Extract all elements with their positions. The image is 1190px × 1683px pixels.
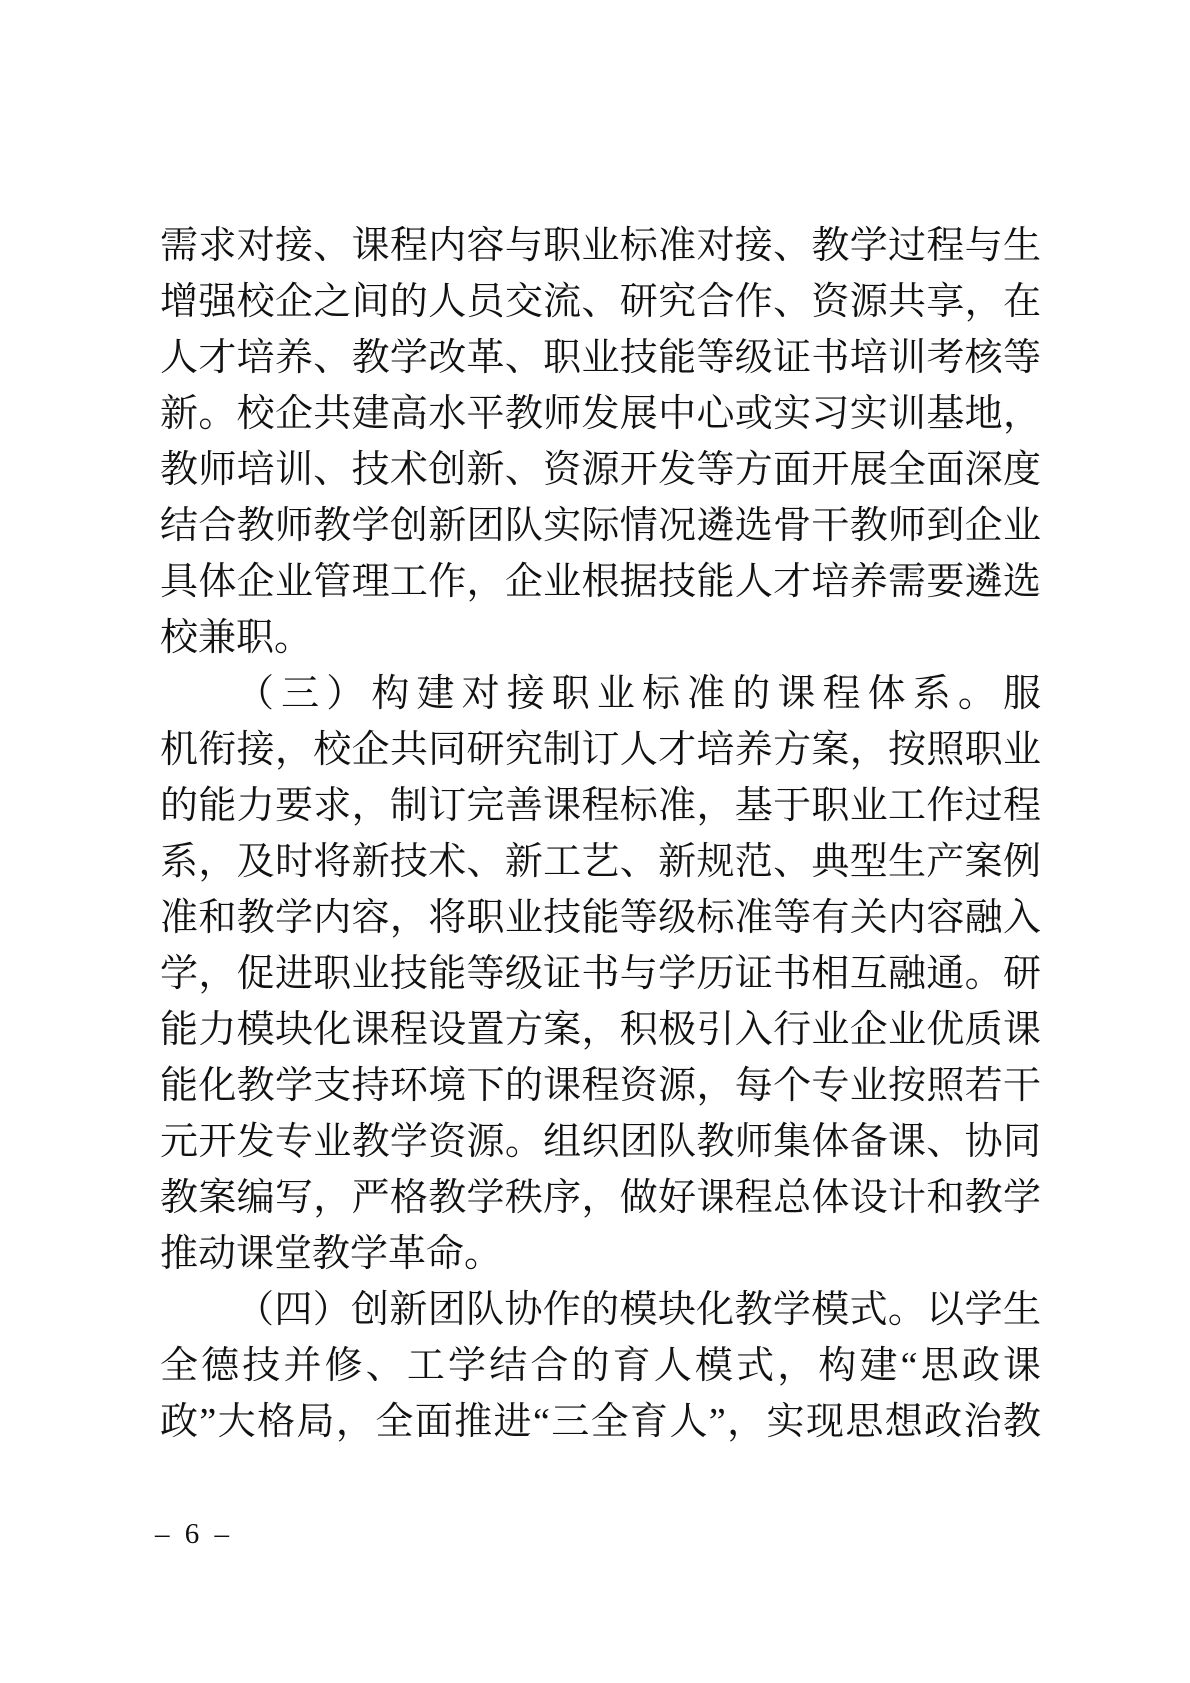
- text-segment: 人才培养、教学改革、职业技能等级证书培训考核等方面协同创: [160, 337, 1041, 386]
- text-line: 推动课堂教学革命。: [160, 1226, 1041, 1282]
- text-line: 能化教学支持环境下的课程资源，每个专业按照若干核心模块单: [160, 1058, 1041, 1114]
- text-line: 具体企业管理工作，企业根据技能人才培养需要遴选技术骨干到: [160, 554, 1041, 610]
- text-segment: 教师培训、技术创新、资源开发等方面开展全面深度合作，学校: [160, 449, 1041, 498]
- text-segment: 政”大格局，全面推进“三全育人”，实现思想政治教育与技术技: [160, 1401, 1041, 1450]
- text-line: 人才培养、教学改革、职业技能等级证书培训考核等方面协同创: [160, 330, 1041, 386]
- text-segment: 学，促进职业技能等级证书与学历证书相互融通。研究制订专业: [160, 953, 1041, 1002]
- text-segment: 教案编写，严格教学秩序，做好课程总体设计和教学组织实施，: [160, 1177, 1041, 1226]
- text-segment: 增强校企之间的人员交流、研究合作、资源共享，在团队建设、: [160, 281, 1041, 330]
- text-segment: 校兼职。: [160, 617, 312, 659]
- page-number: – 6 –: [155, 1518, 233, 1550]
- text-line: 新。校企共建高水平教师发展中心或实习实训基地，在人员互聘、: [160, 386, 1041, 442]
- text-line: 准和教学内容，将职业技能等级标准等有关内容融入专业课程教: [160, 890, 1041, 946]
- text-line: 教师培训、技术创新、资源开发等方面开展全面深度合作，学校: [160, 442, 1041, 498]
- page-footer: – 6 –: [155, 1518, 233, 1551]
- text-line: 全德技并修、工学结合的育人模式，构建“思政课程”与“课程思: [160, 1338, 1041, 1394]
- text-line: 的能力要求，制订完善课程标准，基于职业工作过程重构课程体: [160, 778, 1041, 834]
- text-line: （四）创新团队协作的模块化教学模式。以学生为中心，健: [160, 1282, 1041, 1338]
- text-line: 校兼职。: [160, 610, 1041, 666]
- text-line: 机衔接，校企共同研究制订人才培养方案，按照职业岗位（群）: [160, 722, 1041, 778]
- text-segment: 准和教学内容，将职业技能等级标准等有关内容融入专业课程教: [160, 897, 1041, 946]
- text-segment: 新。校企共建高水平教师发展中心或实习实训基地，在人员互聘、: [160, 393, 1041, 442]
- text-segment: 能化教学支持环境下的课程资源，每个专业按照若干核心模块单: [160, 1065, 1041, 1114]
- subheading-text: （三）构建对接职业标准的课程体系。: [236, 673, 1003, 715]
- text-segment: 的能力要求，制订完善课程标准，基于职业工作过程重构课程体: [160, 785, 1041, 834]
- subheading-text: （四）创新团队协作的模块化教学模式。: [236, 1289, 926, 1331]
- text-segment: 需求对接、课程内容与职业标准对接、教学过程与生产过程对接。: [160, 225, 1041, 274]
- text-segment: 系，及时将新技术、新工艺、新规范、典型生产案例纳入课程标: [160, 841, 1041, 890]
- text-line: 学，促进职业技能等级证书与学历证书相互融通。研究制订专业: [160, 946, 1041, 1002]
- text-segment: 全德技并修、工学结合的育人模式，构建“思政课程”与“课程思: [160, 1345, 1041, 1394]
- text-line: 政”大格局，全面推进“三全育人”，实现思想政治教育与技术技: [160, 1394, 1041, 1450]
- text-segment: 推动课堂教学革命。: [160, 1233, 502, 1275]
- text-segment: 能力模块化课程设置方案，积极引入行业企业优质课程，建设智: [160, 1009, 1041, 1058]
- text-segment: 具体企业管理工作，企业根据技能人才培养需要遴选技术骨干到: [160, 561, 1041, 610]
- text-line: 元开发专业教学资源。组织团队教师集体备课、协同教研，规范: [160, 1114, 1041, 1170]
- text-line: 结合教师教学创新团队实际情况遴选骨干教师到企业兼职承担: [160, 498, 1041, 554]
- text-line: 系，及时将新技术、新工艺、新规范、典型生产案例纳入课程标: [160, 834, 1041, 890]
- text-segment: 机衔接，校企共同研究制订人才培养方案，按照职业岗位（群）: [160, 729, 1041, 778]
- text-line: 需求对接、课程内容与职业标准对接、教学过程与生产过程对接。: [160, 218, 1041, 274]
- document-page: 需求对接、课程内容与职业标准对接、教学过程与生产过程对接。增强校企之间的人员交流…: [0, 0, 1190, 1683]
- text-segment: 结合教师教学创新团队实际情况遴选骨干教师到企业兼职承担: [160, 505, 1041, 554]
- text-line: 能力模块化课程设置方案，积极引入行业企业优质课程，建设智: [160, 1002, 1041, 1058]
- document-body: 需求对接、课程内容与职业标准对接、教学过程与生产过程对接。增强校企之间的人员交流…: [160, 218, 1041, 1450]
- text-line: （三）构建对接职业标准的课程体系。服务“1”与“X”的有: [160, 666, 1041, 722]
- text-segment: 元开发专业教学资源。组织团队教师集体备课、协同教研，规范: [160, 1121, 1041, 1170]
- text-line: 增强校企之间的人员交流、研究合作、资源共享，在团队建设、: [160, 274, 1041, 330]
- text-line: 教案编写，严格教学秩序，做好课程总体设计和教学组织实施，: [160, 1170, 1041, 1226]
